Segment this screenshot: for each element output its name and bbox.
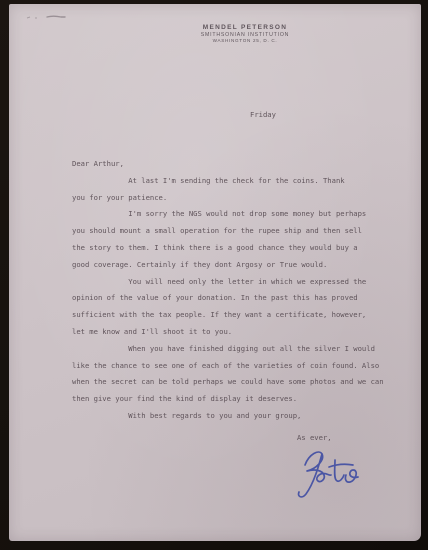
regards-line: With best regards to you and your group, — [72, 408, 392, 425]
body-line: I'm sorry the NGS would not drop some mo… — [72, 206, 392, 223]
letterhead-name: MENDEL PETERSON — [201, 24, 289, 32]
letterhead-city: WASHINGTON 25, D. C. — [201, 38, 289, 44]
salutation: Dear Arthur, — [72, 156, 392, 173]
date-line: Friday — [250, 110, 276, 119]
signature-pete — [293, 445, 363, 503]
body-line: good coverage. Certainly if they dont Ar… — [72, 257, 392, 274]
valediction: As ever, — [297, 433, 332, 442]
body-line: you for your patience. — [72, 190, 392, 207]
body-line: opinion of the value of your donation. I… — [72, 290, 392, 307]
body-line: sufficient with the tax people. If they … — [72, 307, 392, 324]
body-line: When you have finished digging out all t… — [72, 341, 392, 358]
body-line: the story to them. I think there is a go… — [72, 240, 392, 257]
letterhead: MENDEL PETERSON SMITHSONIAN INSTITUTION … — [201, 24, 289, 44]
body-line: You will need only the letter in which w… — [72, 274, 392, 291]
pencil-annotation — [25, 13, 69, 23]
body-line: let me know and I'll shoot it to you. — [72, 324, 392, 341]
body-line: when the secret can be told perhaps we c… — [72, 374, 392, 391]
body-line: like the chance to see one of each of th… — [72, 358, 392, 375]
letter-photo: MENDEL PETERSON SMITHSONIAN INSTITUTION … — [0, 0, 428, 550]
letter-body: Dear Arthur, At last I'm sending the che… — [72, 156, 392, 425]
body-line: At last I'm sending the check for the co… — [72, 173, 392, 190]
body-line: you should mount a small operation for t… — [72, 223, 392, 240]
letter-paper: MENDEL PETERSON SMITHSONIAN INSTITUTION … — [9, 4, 421, 541]
body-line: then give your find the kind of display … — [72, 391, 392, 408]
